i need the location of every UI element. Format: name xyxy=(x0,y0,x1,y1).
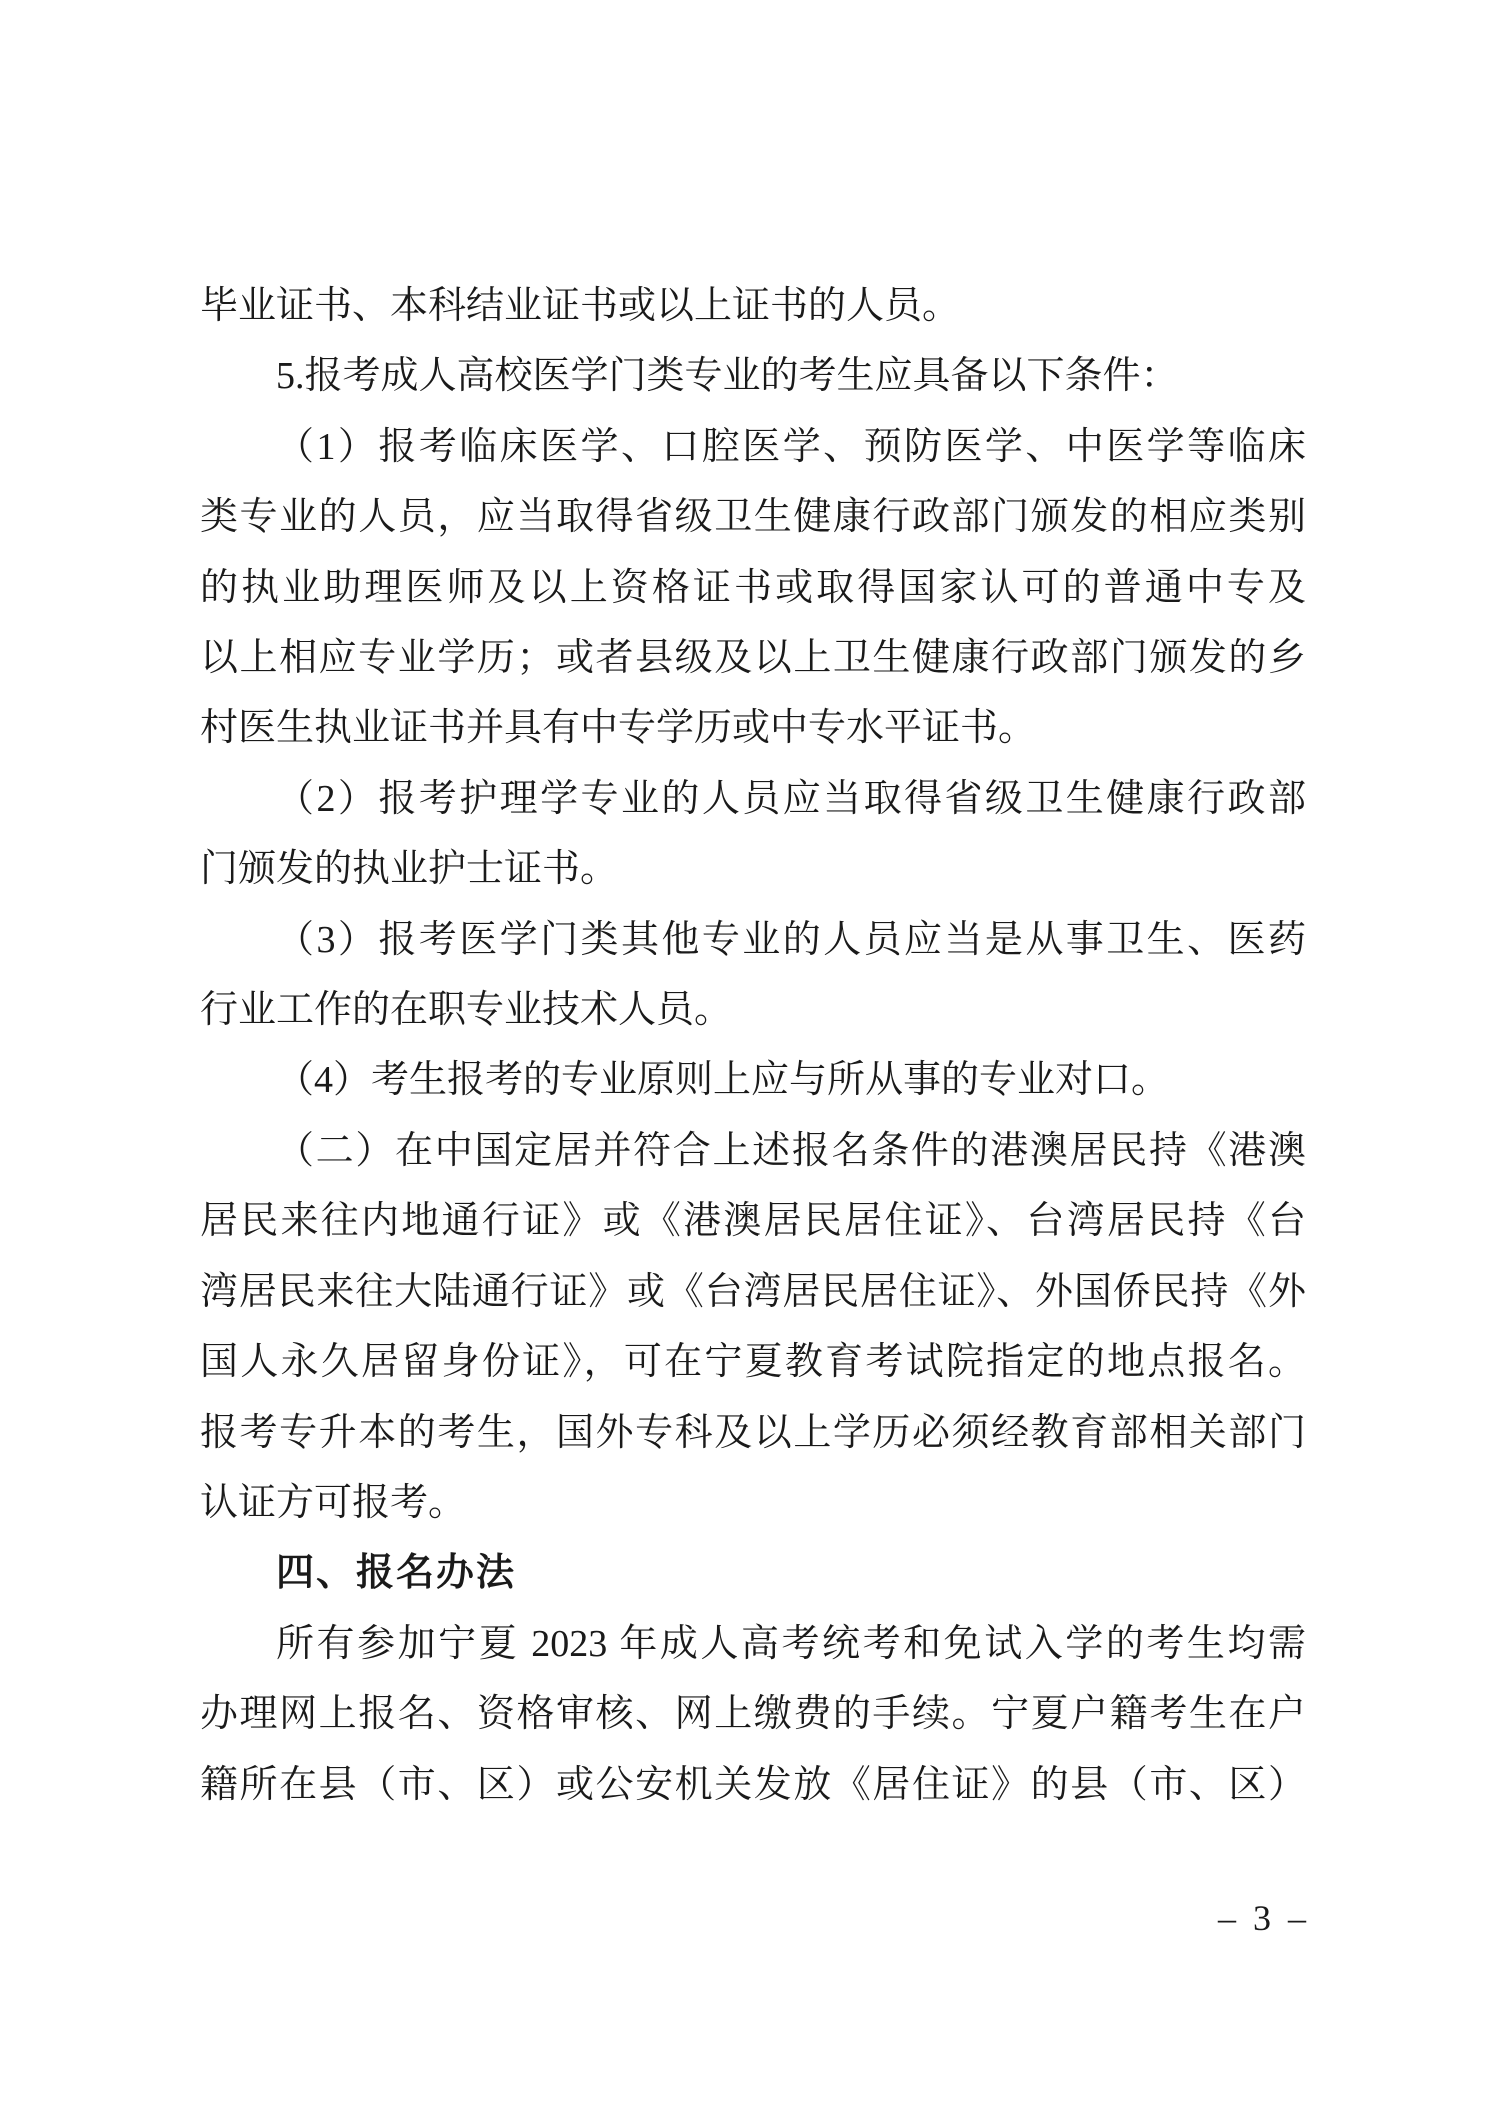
paragraph: 毕业证书、本科结业证书或以上证书的人员。 xyxy=(200,271,1306,341)
paragraph: 5.报考成人高校医学门类专业的考生应具备以下条件： xyxy=(200,341,1306,411)
text-line: 居民来往内地通行证》或《港澳居民居住证》、台湾居民持《台 xyxy=(200,1186,1306,1256)
text-line: 5.报考成人高校医学门类专业的考生应具备以下条件： xyxy=(200,341,1306,411)
paragraph: （2）报考护理学专业的人员应当取得省级卫生健康行政部门颁发的执业护士证书。 xyxy=(200,764,1306,905)
page-number: – 3 – xyxy=(1218,1896,1310,1940)
text-line: （1）报考临床医学、口腔医学、预防医学、中医学等临床 xyxy=(200,412,1306,482)
text-line: 所有参加宁夏 2023 年成人高考统考和免试入学的考生均需 xyxy=(200,1609,1306,1679)
text-line: 报考专升本的考生，国外专科及以上学历必须经教育部相关部门 xyxy=(200,1398,1306,1468)
text-line: 毕业证书、本科结业证书或以上证书的人员。 xyxy=(200,271,1306,341)
paragraph: 所有参加宁夏 2023 年成人高考统考和免试入学的考生均需办理网上报名、资格审核… xyxy=(200,1609,1306,1820)
paragraph: （二）在中国定居并符合上述报名条件的港澳居民持《港澳居民来往内地通行证》或《港澳… xyxy=(200,1116,1306,1538)
document-page: 毕业证书、本科结业证书或以上证书的人员。5.报考成人高校医学门类专业的考生应具备… xyxy=(0,0,1497,2117)
text-line: 类专业的人员，应当取得省级卫生健康行政部门颁发的相应类别 xyxy=(200,482,1306,552)
text-line: 认证方可报考。 xyxy=(200,1468,1306,1538)
text-line: （2）报考护理学专业的人员应当取得省级卫生健康行政部 xyxy=(200,764,1306,834)
document-body: 毕业证书、本科结业证书或以上证书的人员。5.报考成人高校医学门类专业的考生应具备… xyxy=(200,271,1306,1820)
text-line: 湾居民来往大陆通行证》或《台湾居民居住证》、外国侨民持《外 xyxy=(200,1257,1306,1327)
text-line: 以上相应专业学历；或者县级及以上卫生健康行政部门颁发的乡 xyxy=(200,623,1306,693)
text-line: 国人永久居留身份证》，可在宁夏教育考试院指定的地点报名。 xyxy=(200,1327,1306,1397)
text-line: 籍所在县（市、区）或公安机关发放《居住证》的县（市、区） xyxy=(200,1750,1306,1820)
text-line: 门颁发的执业护士证书。 xyxy=(200,834,1306,904)
paragraph: （4）考生报考的专业原则上应与所从事的专业对口。 xyxy=(200,1045,1306,1115)
text-line: （4）考生报考的专业原则上应与所从事的专业对口。 xyxy=(200,1045,1306,1115)
text-line: 办理网上报名、资格审核、网上缴费的手续。宁夏户籍考生在户 xyxy=(200,1679,1306,1749)
section-heading: 四、报名办法 xyxy=(200,1538,1306,1608)
text-line: 村医生执业证书并具有中专学历或中专水平证书。 xyxy=(200,693,1306,763)
text-line: （二）在中国定居并符合上述报名条件的港澳居民持《港澳 xyxy=(200,1116,1306,1186)
paragraph: （1）报考临床医学、口腔医学、预防医学、中医学等临床类专业的人员，应当取得省级卫… xyxy=(200,412,1306,764)
text-line: 的执业助理医师及以上资格证书或取得国家认可的普通中专及 xyxy=(200,553,1306,623)
text-line: （3）报考医学门类其他专业的人员应当是从事卫生、医药 xyxy=(200,905,1306,975)
text-line: 行业工作的在职专业技术人员。 xyxy=(200,975,1306,1045)
text-line: 四、报名办法 xyxy=(200,1538,1306,1608)
paragraph: （3）报考医学门类其他专业的人员应当是从事卫生、医药行业工作的在职专业技术人员。 xyxy=(200,905,1306,1046)
